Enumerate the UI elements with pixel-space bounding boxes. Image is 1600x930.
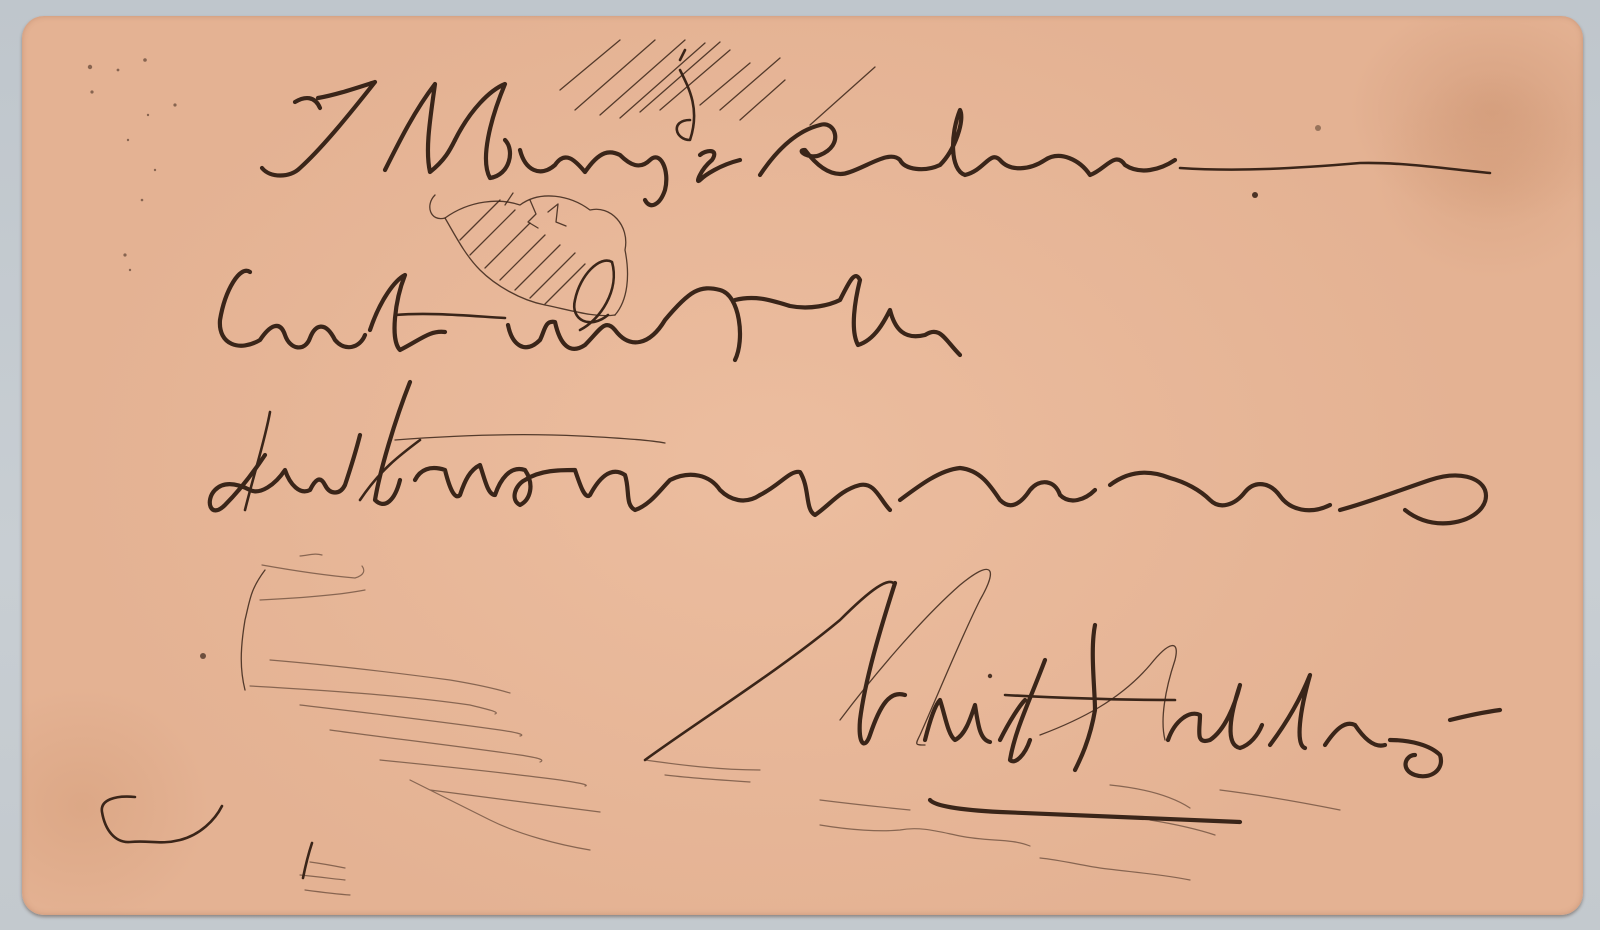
handwriting-layer <box>22 16 1583 915</box>
pen-scribbles <box>102 554 1340 895</box>
postcard <box>22 16 1583 915</box>
signature-white-ellis <box>645 569 1500 822</box>
handwriting-line-1 <box>262 82 1490 205</box>
handwriting-line-3 <box>210 382 1486 523</box>
handwriting-line-2 <box>220 271 960 360</box>
sketch-doodle <box>430 40 875 330</box>
ink-specks <box>88 58 1321 659</box>
